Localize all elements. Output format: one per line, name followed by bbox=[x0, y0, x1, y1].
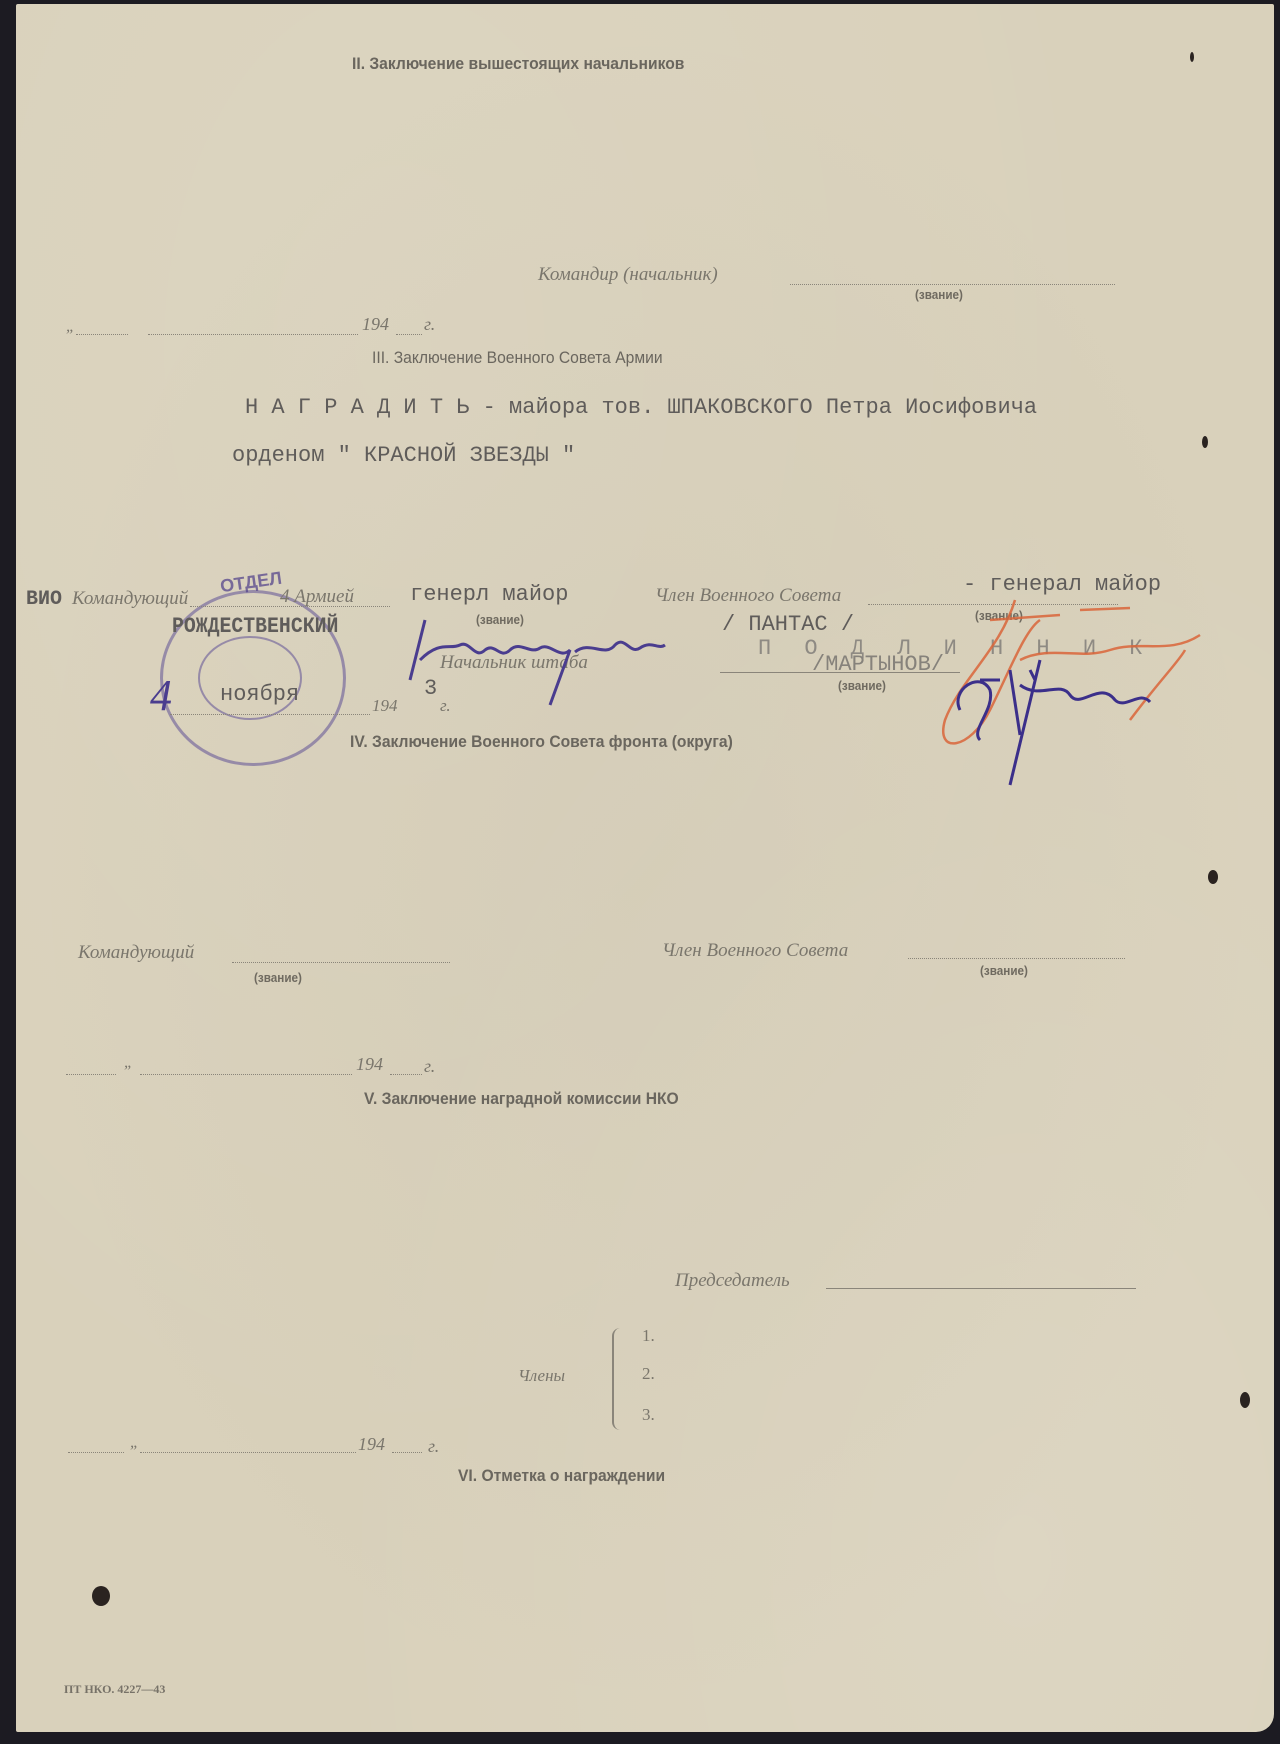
members-label: Члены bbox=[518, 1366, 565, 1386]
front-commander-line bbox=[232, 962, 450, 963]
front-date-quote: „ bbox=[124, 1054, 133, 1072]
date-suffix: г. bbox=[424, 314, 435, 335]
nko-date-quote: „ bbox=[130, 1434, 139, 1452]
section-4-title: IV. Заключение Военного Совета фронта (о… bbox=[350, 732, 733, 752]
member-3-number: 3. bbox=[642, 1405, 655, 1425]
section-2-title: II. Заключение вышестоящих начальников bbox=[352, 54, 684, 74]
commander-rank-label: (звание) bbox=[915, 287, 963, 302]
nko-date-year-line bbox=[392, 1452, 422, 1453]
nko-date-month-line bbox=[140, 1452, 356, 1453]
front-commander-label: Командующий bbox=[78, 942, 194, 964]
army-commander-name: РОЖДЕСТВЕНСКИЙ bbox=[172, 614, 338, 639]
front-date-day-line bbox=[66, 1074, 116, 1075]
member-2-number: 2. bbox=[642, 1364, 655, 1384]
form-footer-code: ПТ НКО. 4227—43 bbox=[64, 1682, 165, 1697]
punch-hole bbox=[1202, 436, 1208, 448]
nko-date-suffix: г. bbox=[428, 1436, 439, 1457]
army-date-line bbox=[170, 714, 370, 715]
chief-of-staff-name: /МАРТЫНОВ/ bbox=[812, 652, 944, 677]
chief-of-staff-rank-label: (звание) bbox=[838, 678, 886, 693]
chairman-line bbox=[826, 1288, 1136, 1289]
paper-spot bbox=[1190, 52, 1194, 62]
date-year-line bbox=[396, 334, 422, 335]
council-member-label: Член Военного Совета bbox=[655, 585, 841, 607]
nko-date-day-line bbox=[68, 1452, 124, 1453]
award-decision-line-2: орденом " КРАСНОЙ ЗВЕЗДЫ " bbox=[232, 443, 575, 468]
front-date-suffix: г. bbox=[424, 1056, 435, 1077]
commander-signature bbox=[390, 600, 670, 710]
army-commander-label: Командующий bbox=[72, 588, 188, 610]
section-6-title: VI. Отметка о награждении bbox=[458, 1466, 665, 1486]
date-day-line bbox=[76, 334, 128, 335]
nko-date-year: 194 bbox=[358, 1434, 385, 1455]
front-council-member-line bbox=[908, 958, 1125, 959]
front-date-year-line bbox=[390, 1074, 422, 1075]
section-5-title: V. Заключение наградной комиссии НКО bbox=[364, 1089, 679, 1109]
date-quote: „ bbox=[66, 318, 75, 336]
front-council-member-rank-label: (звание) bbox=[980, 963, 1028, 978]
punch-hole bbox=[1240, 1392, 1250, 1408]
section-3-title: III. Заключение Военного Совета Армии bbox=[372, 348, 663, 368]
front-council-member-label: Член Военного Совета bbox=[662, 940, 848, 962]
handwritten-date-day: 4 bbox=[150, 670, 172, 721]
front-commander-rank-label: (звание) bbox=[254, 970, 302, 985]
date-month-typed: ноября bbox=[220, 682, 299, 707]
chairman-label: Председатель bbox=[675, 1270, 790, 1292]
paper-spot bbox=[92, 1586, 110, 1606]
front-date-year: 194 bbox=[356, 1054, 383, 1075]
army-name: 4 Армией bbox=[280, 586, 354, 608]
date-year: 194 bbox=[362, 314, 389, 335]
member-1-number: 1. bbox=[642, 1326, 655, 1346]
council-member-name: / ПАНТАС / bbox=[722, 612, 854, 637]
chief-of-staff-signature bbox=[940, 640, 1160, 800]
stamp-emblem bbox=[198, 636, 302, 720]
front-date-month-line bbox=[140, 1074, 352, 1075]
date-month-line bbox=[148, 334, 358, 335]
award-decision-line-1: Н А Г Р А Д И Т Ь - майора тов. ШПАКОВСК… bbox=[245, 395, 1037, 420]
members-brace bbox=[612, 1328, 622, 1430]
punch-hole bbox=[1208, 870, 1218, 884]
vio-prefix: ВИО bbox=[26, 588, 62, 611]
commander-label: Командир (начальник) bbox=[538, 264, 718, 286]
commander-signature-line bbox=[790, 284, 1115, 285]
